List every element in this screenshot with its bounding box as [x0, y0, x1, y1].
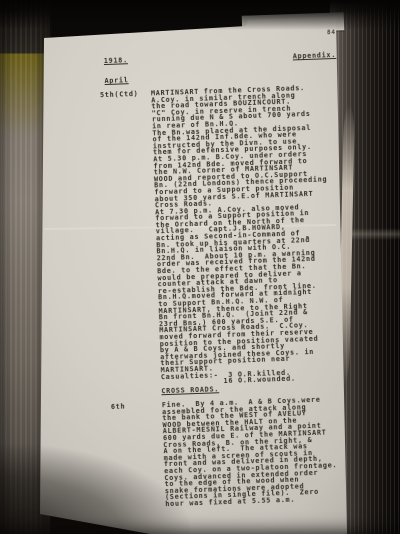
- entry-text: MARTINSART from the Cross Roads.A.Coy. i…: [151, 84, 353, 387]
- page-number: 84: [327, 30, 336, 37]
- bottom-left-shadow: [0, 444, 190, 534]
- appendix-label: Appendix.: [293, 52, 337, 60]
- section-heading-cross-roads: CROSS ROADS.: [161, 386, 219, 395]
- entry-date: 5th(Ctd): [100, 91, 139, 99]
- diary-entry-5th: 5th(Ctd) MARTINSART from the Cross Roads…: [51, 84, 353, 391]
- entry-date: 6th: [111, 404, 126, 411]
- month-heading: April: [104, 77, 128, 84]
- entry-text: Fine. By 4 a.m. A & B Coys.wereassembled…: [162, 396, 358, 508]
- year-heading: 1918.: [104, 57, 128, 64]
- war-diary-photo: 84 1918. Appendix. April 5th(Ctd) MARTIN…: [0, 0, 400, 534]
